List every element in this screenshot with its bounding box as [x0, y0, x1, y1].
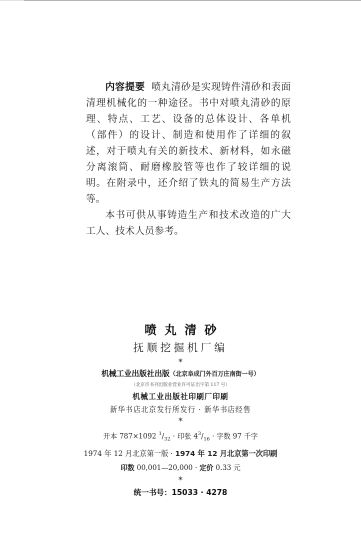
- sheets-fraction-num: 3: [198, 431, 201, 437]
- book-number-value: 15033 · 4278: [172, 488, 228, 497]
- abstract-label: 内容提要: [105, 82, 145, 93]
- book-number-label: 统一书号：: [134, 488, 172, 497]
- abstract-text-1: 喷丸清砂是实现铸件清砂和表面清理机械化的一种途径。书中对喷丸清砂的原理、特点、工…: [86, 82, 291, 205]
- first-edition: 1974 年 12 月北京第一版: [84, 449, 169, 458]
- scan-edge-fade: [0, 0, 24, 1]
- separator-star-icon: *: [0, 416, 361, 427]
- colophon: 喷丸清砂 抚顺挖掘机厂编 * 机械工业出版社出版（北京阜成门外百万庄南街一号） …: [0, 322, 361, 500]
- book-editor: 抚顺挖掘机厂编: [0, 339, 361, 357]
- publisher-address: （北京阜成门外百万庄南街一号）: [170, 371, 260, 378]
- sheets-fraction-den: 16: [203, 437, 209, 443]
- copies-label: 印数: [121, 464, 135, 472]
- sheets-label: 印张: [177, 432, 191, 440]
- price-value: 0.33 元: [216, 464, 241, 472]
- first-printing: 1974 年 12 月北京第一次印刷: [175, 449, 277, 458]
- price-label: 定价: [199, 464, 213, 472]
- words-value: 97 千字: [233, 432, 258, 440]
- copies-value: 00,001—20,000: [137, 464, 193, 472]
- content-abstract: 内容提要喷丸清砂是实现铸件清砂和表面清理机械化的一种途径。书中对喷丸清砂的原理、…: [86, 80, 291, 240]
- scan-top-edge-rule: [0, 0, 361, 1]
- publishing-permit: （北京市书刊出版业营业许可证出字第 117 号）: [0, 381, 361, 390]
- book-title: 喷丸清砂: [0, 322, 361, 338]
- format-value: 787×1092: [119, 432, 156, 440]
- format-fraction-den: 32: [164, 437, 170, 443]
- separator-star-icon: *: [0, 475, 361, 486]
- publisher-name: 机械工业出版社出版: [101, 369, 169, 378]
- print-run-line: 印数 00,001—20,000 · 定价 0.33 元: [0, 461, 361, 475]
- format-spec-line: 开本 787×1092 1/32 · 印张 43/16 · 字数 97 千字: [0, 427, 361, 447]
- abstract-paragraph-2: 本书可供从事铸造生产和技术改造的广大工人、技术人员参考。: [86, 208, 291, 240]
- abstract-paragraph-1: 内容提要喷丸清砂是实现铸件清砂和表面清理机械化的一种途径。书中对喷丸清砂的原理、…: [86, 80, 291, 208]
- edition-line: 1974 年 12 月北京第一版 · 1974 年 12 月北京第一次印刷: [0, 447, 361, 461]
- separator-star-icon: *: [0, 357, 361, 368]
- book-number-line: 统一书号：15033 · 4278: [0, 486, 361, 500]
- format-fraction-num: 1: [159, 431, 162, 437]
- distribution-line: 新华书店北京发行所发行 · 新华书店经售: [0, 403, 361, 416]
- printer-line: 机械工业出版社印刷厂印刷: [0, 390, 361, 403]
- publisher-line: 机械工业出版社出版（北京阜成门外百万庄南街一号）: [0, 368, 361, 381]
- words-label: 字数: [217, 432, 231, 440]
- format-label: 开本: [103, 432, 117, 440]
